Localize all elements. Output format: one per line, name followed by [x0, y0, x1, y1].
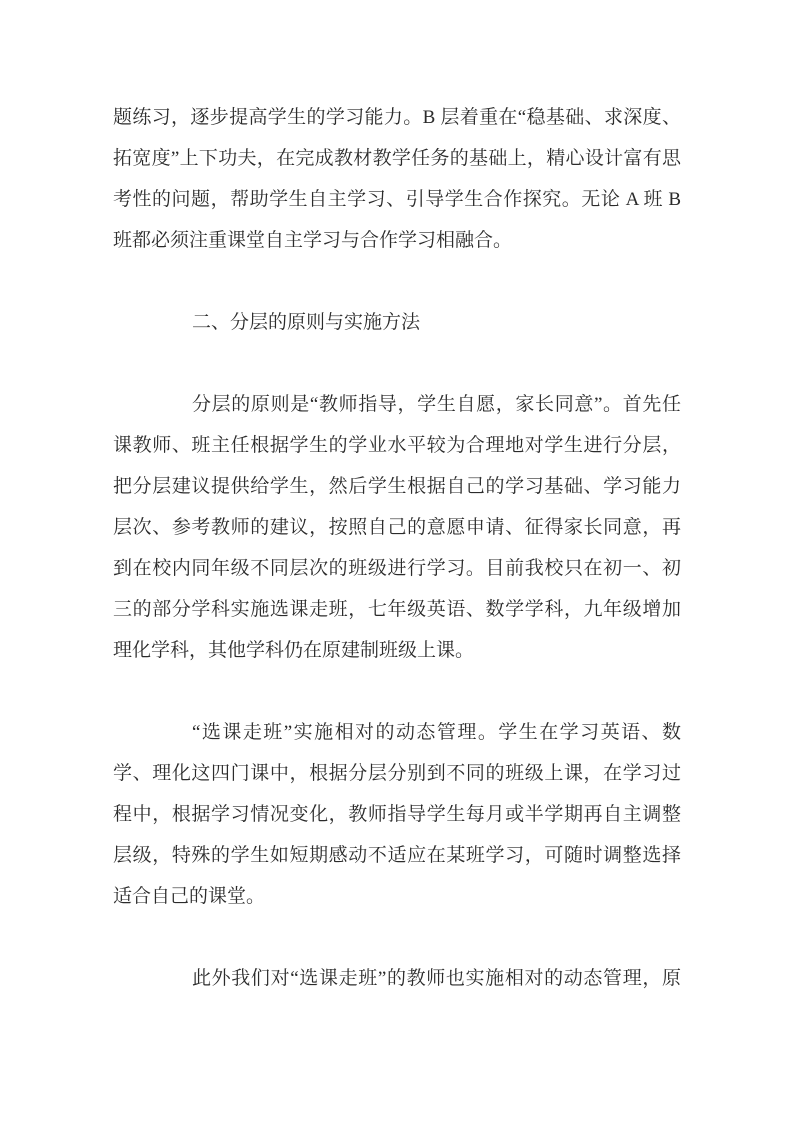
paragraph-dynamic-management: “选课走班”实施相对的动态管理。学生在学习英语、数学、理化这四门课中，根据分层分…: [113, 712, 681, 917]
section-heading: 二、分层的原则与实施方法: [113, 302, 681, 343]
document-page: 题练习，逐步提高学生的学习能力。B 层着重在“稳基础、求深度、拓宽度”上下功夫，…: [0, 0, 793, 1122]
document-text-block: 题练习，逐步提高学生的学习能力。B 层着重在“稳基础、求深度、拓宽度”上下功夫，…: [113, 97, 681, 999]
paragraph-principles: 分层的原则是“教师指导，学生自愿，家长同意”。首先任课教师、班主任根据学生的学业…: [113, 384, 681, 671]
paragraph-continuation: 题练习，逐步提高学生的学习能力。B 层着重在“稳基础、求深度、拓宽度”上下功夫，…: [113, 97, 681, 261]
paragraph-teacher-management-partial: 此外我们对“选课走班”的教师也实施相对的动态管理，原: [113, 958, 681, 999]
